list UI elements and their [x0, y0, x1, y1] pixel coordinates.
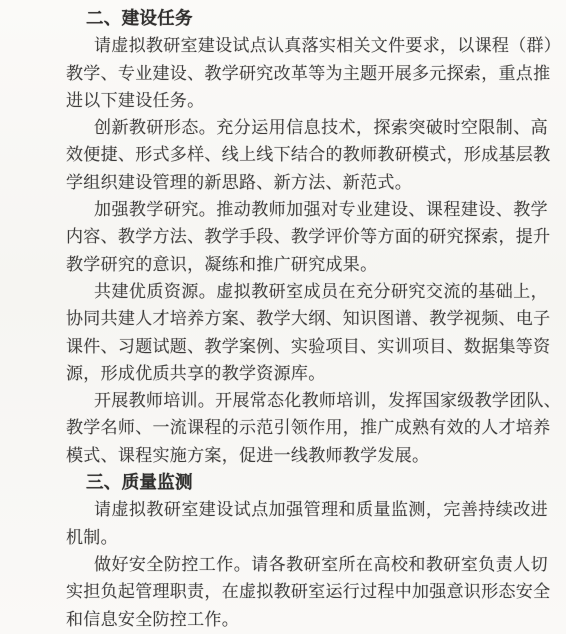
text-line: 进以下建设任务。 — [66, 87, 548, 114]
text-line: 学组织建设管理的新思路、新方法、新范式。 — [66, 169, 548, 196]
text-line: 效便捷、形式多样、线上线下结合的教师教研模式，形成基层教 — [66, 141, 548, 168]
text-line: 教学、专业建设、教学研究改革等为主题开展多元探索，重点推 — [66, 60, 548, 87]
text-line: 模式、课程实施方案，促进一线教师教学发展。 — [66, 442, 548, 469]
document-page: 二、建设任务请虚拟教研室建设试点认真落实相关文件要求，以课程（群）教学、专业建设… — [0, 0, 566, 634]
text-line: 开展教师培训。开展常态化教师培训，发挥国家级教学团队、 — [66, 387, 548, 414]
text-line: 加强教学研究。推动教师加强对专业建设、课程建设、教学 — [66, 196, 548, 223]
text-line: 教学研究的意识，凝练和推广研究成果。 — [66, 251, 548, 278]
text-line: 教学名师、一流课程的示范引领作用，推广成熟有效的人才培养 — [66, 414, 548, 441]
text-line: 内容、教学方法、教学手段、教学评价等方面的研究探索，提升 — [66, 223, 548, 250]
section-heading: 二、建设任务 — [66, 5, 548, 32]
text-line: 课件、习题试题、教学案例、实验项目、实训项目、数据集等资 — [66, 333, 548, 360]
text-line: 和信息安全防控工作。 — [66, 606, 548, 633]
text-line: 机制。 — [66, 524, 548, 551]
text-line: 请虚拟教研室建设试点加强管理和质量监测，完善持续改进 — [66, 496, 548, 523]
text-line: 做好安全防控工作。请各教研室所在高校和教研室负责人切 — [66, 551, 548, 578]
document-text: 二、建设任务请虚拟教研室建设试点认真落实相关文件要求，以课程（群）教学、专业建设… — [66, 5, 548, 633]
text-line: 实担负起管理职责，在虚拟教研室运行过程中加强意识形态安全 — [66, 578, 548, 605]
text-line: 共建优质资源。虚拟教研室成员在充分研究交流的基础上， — [66, 278, 548, 305]
section-heading: 三、质量监测 — [66, 469, 548, 496]
text-line: 请虚拟教研室建设试点认真落实相关文件要求，以课程（群） — [66, 32, 548, 59]
text-line: 协同共建人才培养方案、教学大纲、知识图谱、教学视频、电子 — [66, 305, 548, 332]
text-line: 源，形成优质共享的教学资源库。 — [66, 360, 548, 387]
text-line: 创新教研形态。充分运用信息技术，探索突破时空限制、高 — [66, 114, 548, 141]
